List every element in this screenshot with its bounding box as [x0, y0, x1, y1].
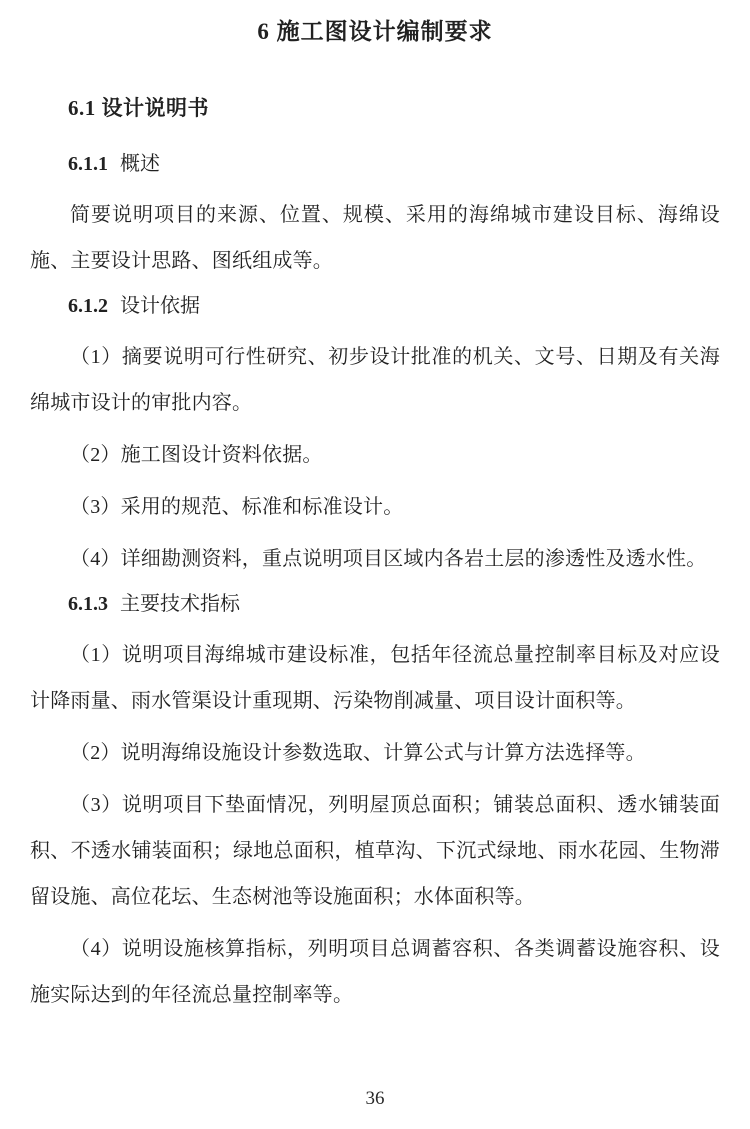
paragraph: （1）说明项目海绵城市建设标准，包括年径流总量控制率目标及对应设计降雨量、雨水管… — [30, 632, 720, 724]
subsection-title: 概述 — [120, 153, 160, 175]
document-page: 6 施工图设计编制要求 6.1 设计说明书 6.1.1概述 简要说明项目的来源、… — [0, 0, 750, 1129]
subsection-number: 6.1.3 — [68, 593, 108, 615]
subsection-number: 6.1.2 — [68, 295, 108, 317]
subsection-title: 设计依据 — [120, 295, 200, 317]
subsection-heading-6-1-2: 6.1.2设计依据 — [30, 290, 720, 322]
subsection-number: 6.1.1 — [68, 153, 108, 175]
subsection-title: 主要技术指标 — [120, 593, 240, 615]
paragraph: （2）施工图设计资料依据。 — [30, 432, 720, 478]
paragraph: 简要说明项目的来源、位置、规模、采用的海绵城市建设目标、海绵设施、主要设计思路、… — [30, 192, 720, 284]
paragraph: （4）详细勘测资料，重点说明项目区域内各岩土层的渗透性及透水性。 — [30, 536, 720, 582]
page-number: 36 — [0, 1088, 750, 1110]
section-heading-6-1: 6.1 设计说明书 — [30, 92, 720, 124]
page-title: 6 施工图设计编制要求 — [30, 16, 720, 48]
paragraph: （3）说明项目下垫面情况，列明屋顶总面积；铺装总面积、透水铺装面积、不透水铺装面… — [30, 782, 720, 920]
paragraph: （3）采用的规范、标准和标准设计。 — [30, 484, 720, 530]
paragraph: （2）说明海绵设施设计参数选取、计算公式与计算方法选择等。 — [30, 730, 720, 776]
subsection-heading-6-1-3: 6.1.3主要技术指标 — [30, 588, 720, 620]
paragraph: （1）摘要说明可行性研究、初步设计批准的机关、文号、日期及有关海绵城市设计的审批… — [30, 334, 720, 426]
paragraph: （4）说明设施核算指标，列明项目总调蓄容积、各类调蓄设施容积、设施实际达到的年径… — [30, 926, 720, 1018]
subsection-heading-6-1-1: 6.1.1概述 — [30, 148, 720, 180]
